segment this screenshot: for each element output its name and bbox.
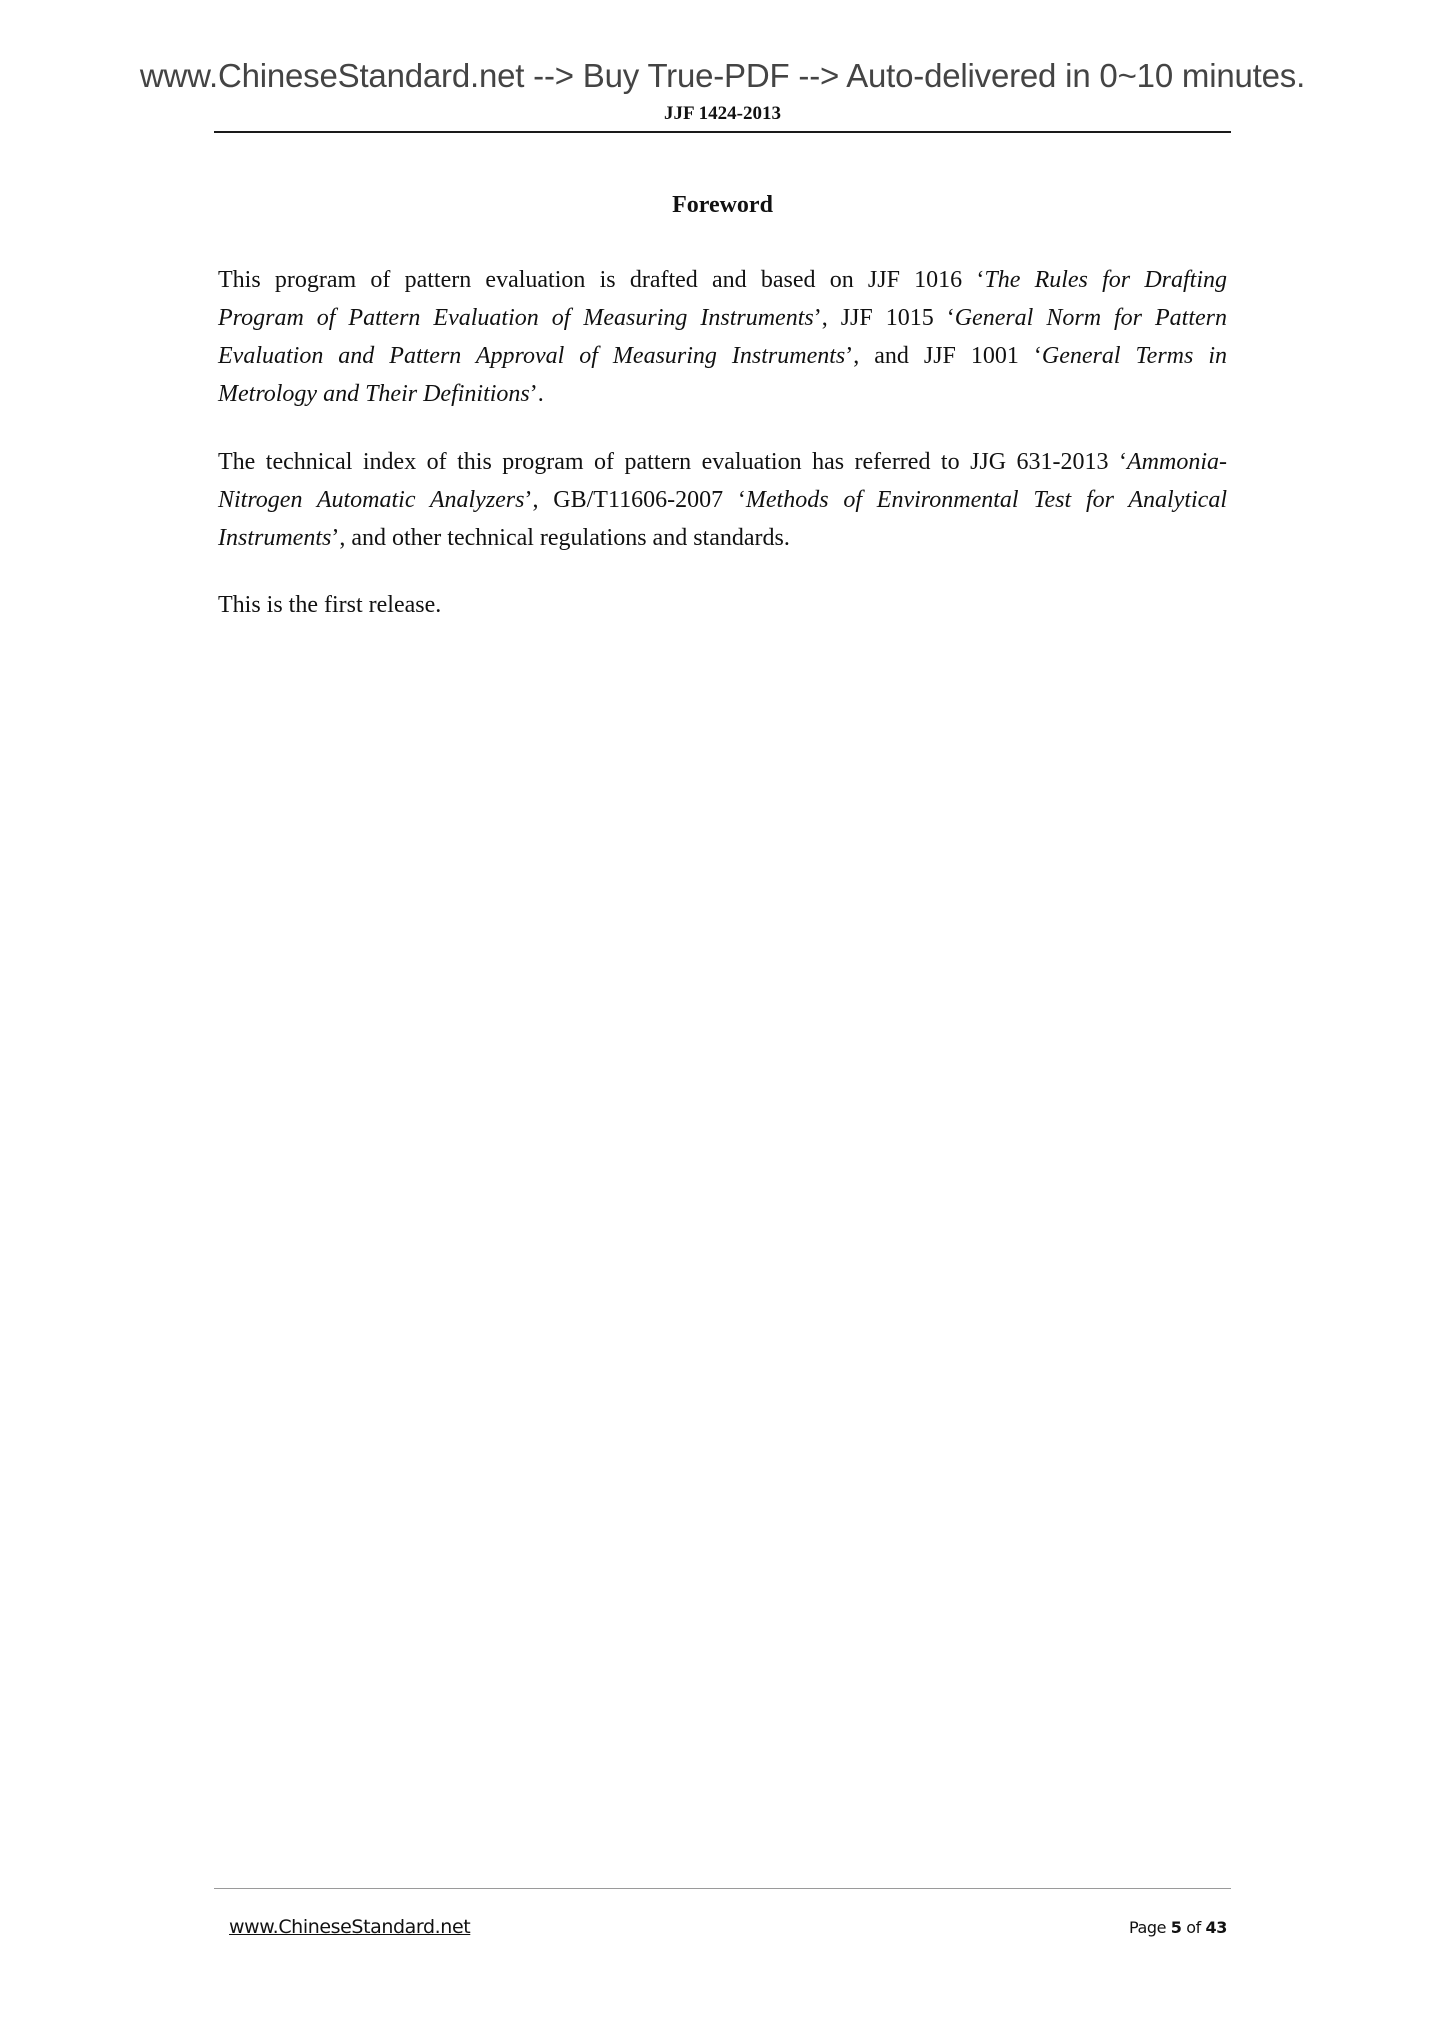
text-line: Evaluation and Pattern Approval of Measu…: [218, 337, 1227, 375]
page-of-label: of: [1186, 1918, 1201, 1937]
italic-title-text: Nitrogen Automatic Analyzers: [218, 487, 525, 513]
body-text: ’, GB/T11606-2007 ‘: [525, 487, 746, 513]
promo-banner: www.ChineseStandard.net --> Buy True-PDF…: [0, 56, 1445, 96]
italic-title-text: Ammonia-: [1127, 449, 1227, 475]
body-text: This is the first release.: [218, 592, 441, 618]
italic-title-text: Instruments: [218, 525, 331, 551]
italic-title-text: Metrology and Their Definitions: [218, 381, 530, 407]
body-text: The technical index of this program of p…: [218, 449, 1127, 475]
body-text: ’, and JJF 1001 ‘: [845, 343, 1042, 369]
body-text: ’, and other technical regulations and s…: [331, 525, 790, 551]
text-line: Nitrogen Automatic Analyzers’, GB/T11606…: [218, 481, 1227, 519]
footer-divider: [214, 1888, 1231, 1889]
body-text: ’, JJF 1015 ‘: [814, 305, 955, 331]
body-text: ’.: [530, 381, 544, 407]
page-label: Page: [1129, 1918, 1166, 1937]
text-line: This is the first release.: [218, 586, 1227, 624]
page-indicator: Page 5 of 43: [1129, 1916, 1227, 1940]
page-total: 43: [1206, 1918, 1227, 1937]
paragraph-release-note: This is the first release.: [218, 586, 1227, 624]
italic-title-text: Program of Pattern Evaluation of Measuri…: [218, 305, 814, 331]
italic-title-text: Methods of Environmental Test for Analyt…: [746, 487, 1227, 513]
text-line: Metrology and Their Definitions’.: [218, 375, 1227, 413]
text-line: This program of pattern evaluation is dr…: [218, 261, 1227, 299]
footer-website-link[interactable]: www.ChineseStandard.net: [229, 1914, 470, 1940]
italic-title-text: General Norm for Pattern: [955, 305, 1227, 331]
page-current: 5: [1171, 1918, 1182, 1937]
italic-title-text: Evaluation and Pattern Approval of Measu…: [218, 343, 845, 369]
section-title: Foreword: [214, 190, 1231, 220]
italic-title-text: General Terms in: [1042, 343, 1227, 369]
paragraph-technical-index: The technical index of this program of p…: [218, 443, 1227, 557]
text-line: Instruments’, and other technical regula…: [218, 519, 1227, 557]
body-text: This program of pattern evaluation is dr…: [218, 267, 984, 293]
text-line: The technical index of this program of p…: [218, 443, 1227, 481]
header-divider: [214, 131, 1231, 133]
italic-title-text: The Rules for Drafting: [984, 267, 1227, 293]
paragraph-references: This program of pattern evaluation is dr…: [218, 261, 1227, 413]
text-line: Program of Pattern Evaluation of Measuri…: [218, 299, 1227, 337]
document-code: JJF 1424-2013: [214, 103, 1231, 125]
